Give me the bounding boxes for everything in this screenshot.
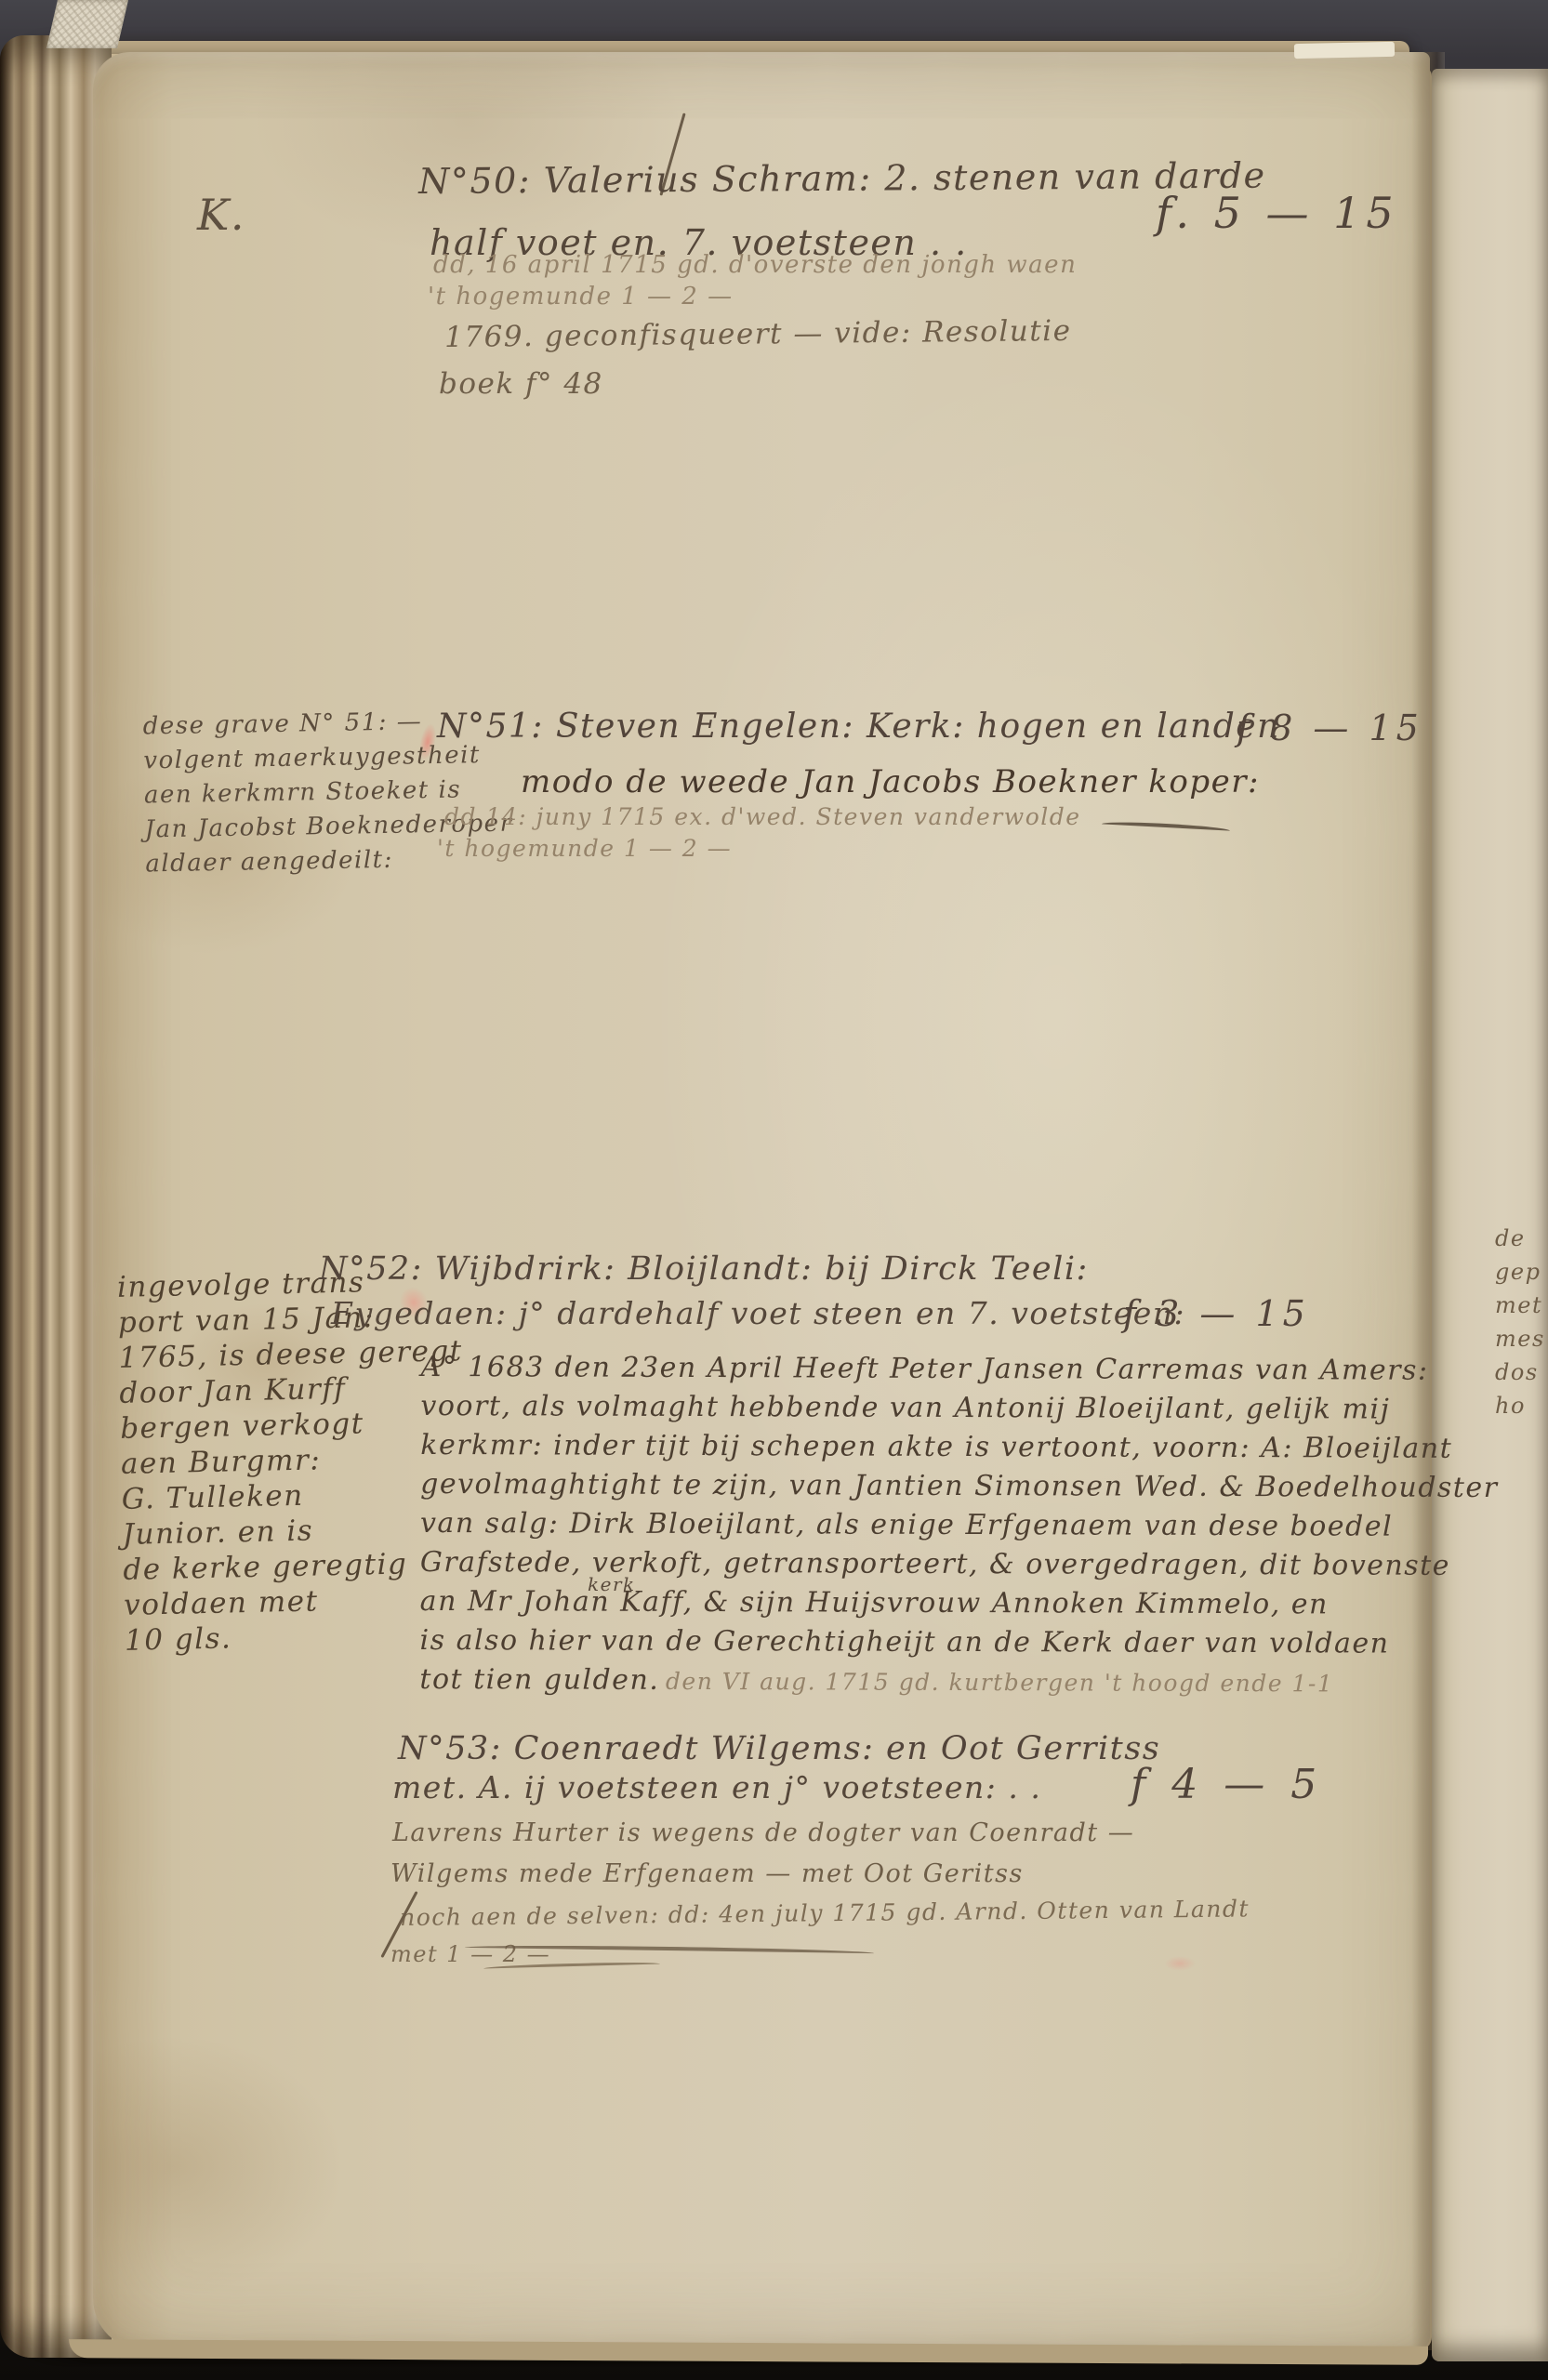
entry-53-note-2: Wilgems mede Erfgenaem — met Oot Geritss xyxy=(390,1861,1024,1886)
torn-edge-highlight xyxy=(1294,42,1395,59)
entry-51-headline: N°51: Steven Engelen: Kerk: hogen en lan… xyxy=(437,710,1280,744)
entry-51-modo-line: modo de weede Jan Jacobs Boekner koper: xyxy=(521,766,1260,798)
body-52-line-9: tot tien gulden. den VI aug. 1715 gd. ku… xyxy=(419,1660,1497,1707)
bookmark-ribbon xyxy=(46,0,128,48)
facing-fragment: ho xyxy=(1495,1389,1545,1422)
body-52-line: is also hier van de Gerechtigheijt an de… xyxy=(419,1621,1497,1664)
entry-51-price: f 8 — 15 xyxy=(1237,710,1423,746)
entry-50-headline: N°50: Valerius Schram: 2. stenen van dar… xyxy=(418,158,1266,199)
manuscript-photo: K. N°50: Valerius Schram: 2. stenen van … xyxy=(0,0,1548,2380)
entry-50-clerk-note-2: 't hogemunde 1 — 2 — xyxy=(428,284,734,309)
margin-52-line: 10 gls. xyxy=(125,1616,470,1659)
facing-fragment: gep xyxy=(1495,1255,1545,1289)
entry-53-note-1: Lavrens Hurter is wegens de dogter van C… xyxy=(392,1820,1134,1845)
entry-52-price: f 3 — 15 xyxy=(1123,1296,1310,1331)
body-52-line: an Mr Johan Kaff, & sijn Huijsvrouw Anno… xyxy=(420,1582,1498,1625)
facing-fragment: dos xyxy=(1495,1355,1545,1389)
body-52-line: voort, als volmaght hebbende van Antonij… xyxy=(420,1387,1498,1430)
manuscript-page xyxy=(93,52,1430,2350)
body-52-line: Grafstede, verkoft, getransporteert, & o… xyxy=(420,1543,1498,1586)
entry-51-clerk-note-1: dd 14: juny 1715 ex. d'wed. Steven vande… xyxy=(444,805,1081,828)
facing-fragment: met xyxy=(1495,1289,1545,1322)
body-52-line: kerkmr: inder tijt bij schepen akte is v… xyxy=(420,1426,1498,1469)
margin-52-line: 1765, is deese geregt xyxy=(118,1333,463,1376)
facing-page-text-fragments: de gep met mes dos ho xyxy=(1495,1222,1545,1422)
entry-52-superscript-insert: kerk xyxy=(588,1575,636,1593)
facing-fragment: mes xyxy=(1495,1322,1545,1355)
facing-fragment: de xyxy=(1495,1222,1545,1255)
body-52-line: van salg: Dirk Bloeijlant, als enige Erf… xyxy=(420,1504,1498,1547)
entry-53-price: f 4 — 5 xyxy=(1131,1765,1323,1805)
facing-page-edge xyxy=(1432,69,1548,2361)
entry-52-body-paragraph: A° 1683 den 23en April Heeft Peter Janse… xyxy=(419,1348,1499,1707)
entry-50-clerk-note-1: dd, 16 april 1715 gd. d'overste den jong… xyxy=(433,253,1077,277)
body-52-line: gevolmaghtight te zijn, van Jantien Simo… xyxy=(420,1465,1498,1508)
folio-mark: K. xyxy=(197,193,245,236)
entry-53-measure-line: met. A. ij voetsteen en j° voetsteen: . … xyxy=(392,1772,1041,1803)
entry-51-clerk-note-2: 't hogemunde 1 — 2 — xyxy=(437,837,732,860)
body-52-line-9-main: tot tien gulden. xyxy=(419,1663,659,1697)
body-52-line: A° 1683 den 23en April Heeft Peter Janse… xyxy=(421,1348,1499,1391)
entry-50-price: f. 5 — 15 xyxy=(1156,192,1399,234)
entry-52-headline: N°52: Wijbdrirk: Bloijlandt: bij Dirck T… xyxy=(319,1253,1089,1286)
entry-50-confiscation-note: 1769. geconfisqueert — vide: Resolutie xyxy=(444,317,1072,352)
body-52-line-9-faded: den VI aug. 1715 gd. kurtbergen 't hoogd… xyxy=(666,1668,1333,1698)
entry-50-folio-ref: boek f° 48 xyxy=(439,370,603,399)
pink-ink-smudge-3 xyxy=(1164,1956,1196,1971)
entry-52-measure-line: Eygedaen: j° dardehalf voet steen en 7. … xyxy=(331,1298,1185,1329)
entry-53-headline: N°53: Coenraedt Wilgems: en Oot Gerritss xyxy=(398,1733,1160,1765)
